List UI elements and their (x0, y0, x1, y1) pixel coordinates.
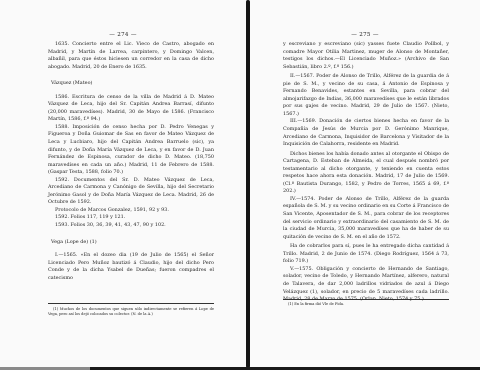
protocol-line: 1593. Folios 30, 36, 39, 41, 43, 47, 90 … (48, 222, 214, 230)
left-page-text: 1635. Concierto entre el Lic. Vieco de C… (48, 41, 214, 282)
entry-paragraph: IV.—1574. Poder de Alonso de Trillo, Alf… (283, 196, 449, 241)
entry-paragraph: 1635. Concierto entre el Lic. Vieco de C… (48, 41, 214, 71)
right-page-text: y escreviano y escreviano (sic) yasses f… (283, 41, 449, 304)
entry-paragraph: I.—1565. «En el dozeo dia (19 de Julio d… (48, 252, 214, 282)
entry-paragraph: y escreviano y escreviano (sic) yasses f… (283, 41, 449, 71)
footnote: (1) Muchos de los documentos que siguen … (48, 307, 214, 317)
entry-paragraph: 1586. Escritura de censo de la villa de … (48, 94, 214, 124)
protocol-line: Protocolo de Marcos Gonzalez, 1591, 92 y… (48, 207, 214, 215)
entry-paragraph: Dichos bienes los había donado antes al … (283, 151, 449, 196)
right-page: — 275 — y escreviano y escreviano (sic) … (250, 0, 480, 364)
footnote: (1) En la firma dió Vle de Fida. (283, 302, 449, 307)
protocol-line: 1592. Folios 117, 119 y 121. (48, 214, 214, 222)
page-number: — 275 — (250, 32, 480, 38)
footnote-divider (48, 303, 214, 304)
left-page: — 274 — 1635. Concierto entre el Lic. Vi… (0, 0, 246, 364)
entry-paragraph: Ha de cobrarlos para sí, pues le ha entr… (283, 243, 449, 266)
entry-paragraph: II.—1567. Poder de Alonso de Trillo, Alf… (283, 73, 449, 118)
entry-paragraph: V.—1575. Obligación y concierto de Herna… (283, 266, 449, 304)
section-heading: Vázquez (Mateo) (48, 80, 214, 88)
entry-paragraph: III.—1569. Donación de ciertos bienes he… (283, 118, 449, 148)
entry-paragraph: 1588. Imposición de censo hecha por D. P… (48, 124, 214, 177)
footnote-divider (283, 299, 449, 300)
page-number: — 274 — (0, 32, 246, 38)
section-heading: Vega (Lope de) (1) (48, 239, 214, 247)
entry-paragraph: 1592. Documentos del Sr. D. Mateo Vázque… (48, 177, 214, 207)
